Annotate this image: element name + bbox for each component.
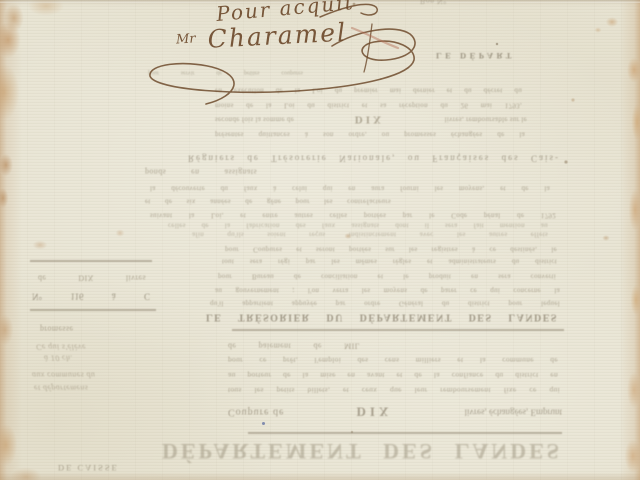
blue-ink-dot (262, 422, 265, 425)
signature-prefix: Mr (176, 31, 196, 47)
bleed-line: pour Coupures et seront portées sur les … (225, 245, 557, 252)
bleed-line: afin qu'ils soient reçus indistinctement… (192, 230, 548, 237)
bleed-line: tous les petits billets, et ceux que leu… (228, 386, 560, 394)
bleed-lower-dix-post: livres, échangées, Emprunt (465, 407, 562, 416)
bleed-line: Régniers de Trésorerie Nationale, ou Fra… (188, 153, 560, 162)
bleed-rule (232, 329, 564, 331)
bleed-line: au porteur de la mise en avant et de la … (228, 371, 558, 379)
bleed-line: qu'il appartient appuyée par ordre Génér… (210, 299, 560, 306)
bleed-line: de paiement de MIL (228, 341, 360, 349)
bleed-left-line: N° 116 à C (32, 291, 150, 300)
bleed-left-script: à 10 ch. (44, 353, 73, 361)
document-photo: Bon N° LE DÉPART pour servir de petites … (0, 0, 640, 480)
bleed-left-script: Ce qui s'élève (36, 342, 86, 350)
bleed-line: et de six années de gêne pour les contre… (145, 197, 391, 204)
bleed-lower-dix-pre: Coupure de (228, 407, 284, 418)
bleed-dix-pre: seconde fois la somme de (215, 115, 294, 122)
bleed-line: pour Bureau de conciliation et le produi… (218, 272, 556, 279)
bleed-left-line: de DIX livres (38, 273, 146, 281)
bleed-big-title: DÉPARTEMENT DES LANDES (162, 440, 562, 463)
bleed-line: celles de la fabrication des faux assign… (168, 221, 548, 228)
bleed-line: pour ce prêt, l'emploi des cens milliers… (228, 356, 558, 364)
bleed-line: au gouvernement ; l'on verra les moyens … (215, 286, 560, 293)
bleed-line: suivant la Loi, et entre autres celles p… (150, 211, 556, 218)
bleed-line: tout sera régi par les mêmes règles et a… (222, 257, 557, 264)
bleed-left-script: et départemens (34, 383, 88, 391)
bleed-line: présentes quittances à son ordre, ou pro… (215, 130, 525, 137)
bleed-left-line: promesse (40, 324, 112, 332)
bleed-lower-dix-line: Coupure de DIX livres, échangées, Emprun… (228, 405, 562, 419)
bleed-line: ponds en assignats (145, 167, 257, 175)
bleed-line: la découverte du faux à celui qui en aur… (150, 184, 550, 191)
bleed-bottom-caps: DE CAISSE (58, 463, 119, 472)
bleed-rule (248, 432, 562, 434)
bleed-rule (30, 309, 156, 311)
bleed-left-script: aux communes du (32, 370, 95, 378)
bleed-treasurer-heading: LE TRÉSORIER DU DÉPARTEMENT DES LANDES (206, 311, 558, 322)
bleed-dix-post: livres, remboursable sur le (445, 115, 527, 122)
bleed-rule (30, 260, 152, 262)
bleed-lower-dix-word: DIX (357, 405, 393, 419)
